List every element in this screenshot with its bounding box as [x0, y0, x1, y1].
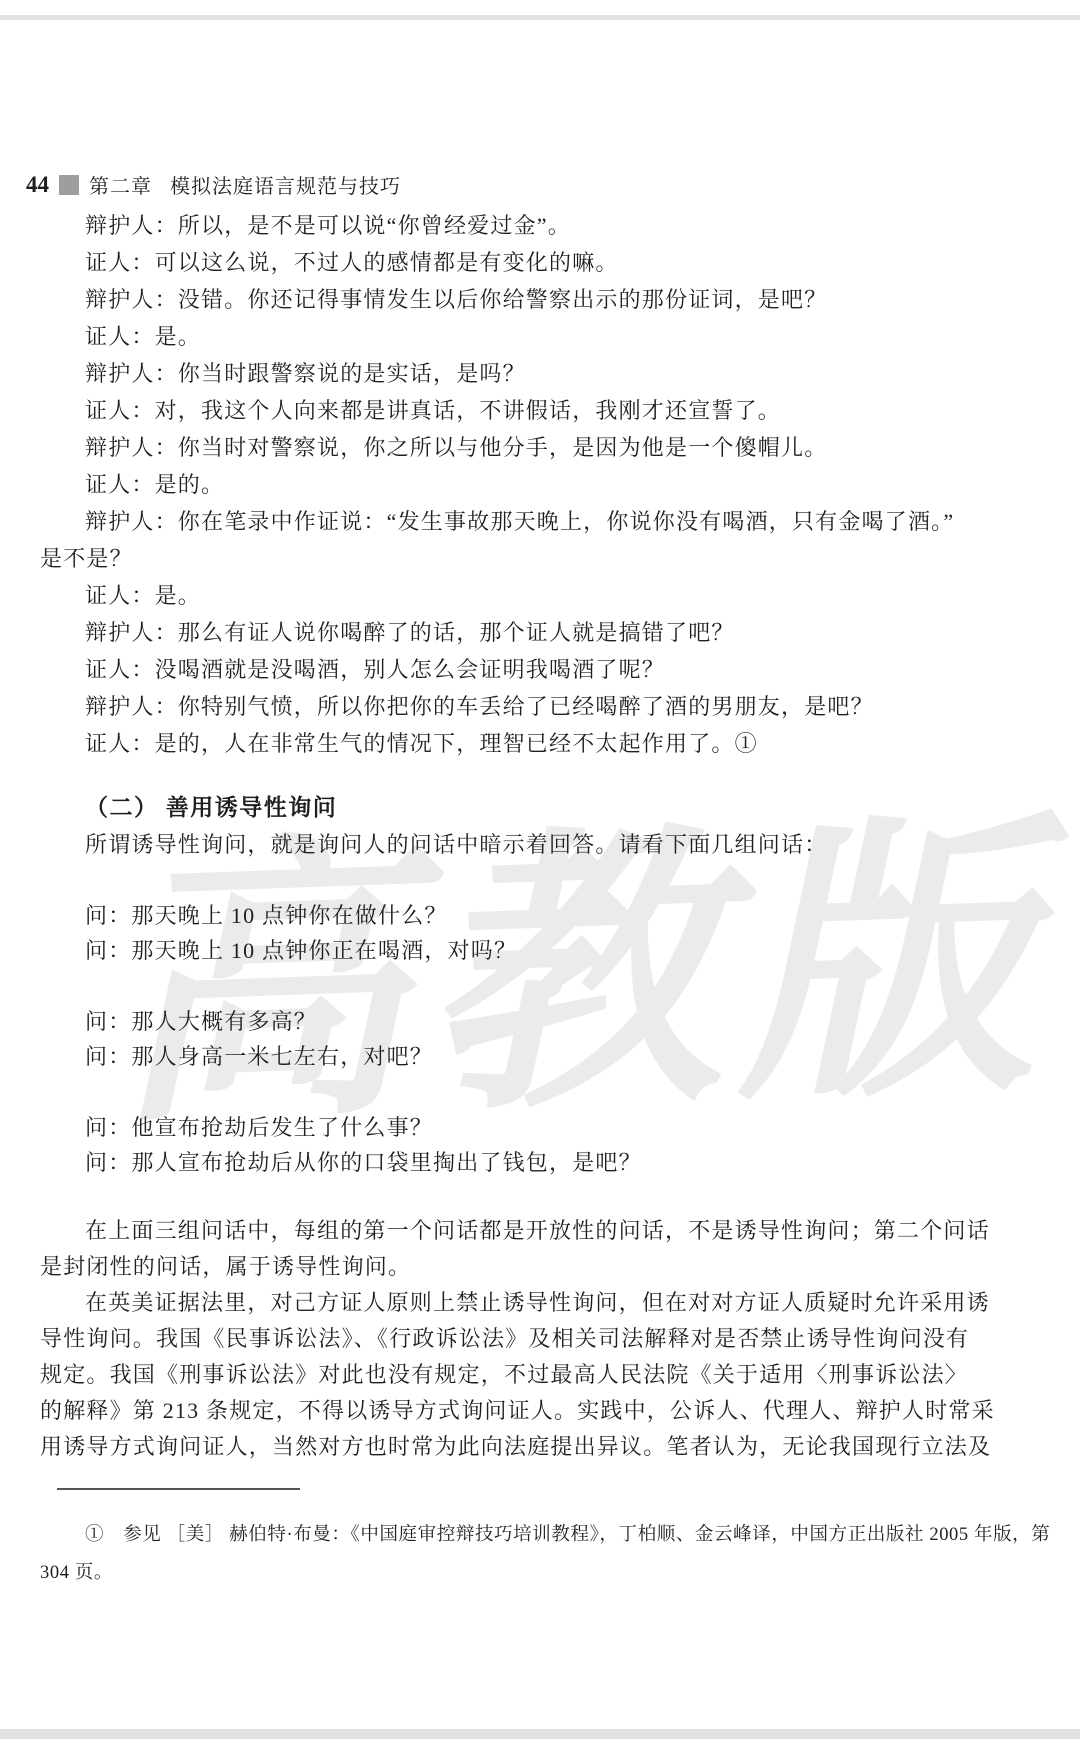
- dialogue-block: 辩护人：所以，是不是可以说“你曾经爱过金”。 证人：可以这么说，不过人的感情都是…: [40, 207, 1040, 762]
- open-question-line: 问：那天晚上 10 点钟你在做什么？: [85, 898, 1040, 933]
- dialogue-line: 证人：没喝酒就是没喝酒，别人怎么会证明我喝酒了呢？: [40, 651, 1040, 688]
- footnote-divider: [57, 1488, 300, 1490]
- dialogue-line: 辩护人：你在笔录中作证说：“发生事故那天晚上，你说你没有喝酒，只有金喝了酒。”: [40, 503, 1040, 540]
- paragraph-line: 导性询问。我国《民事诉讼法》、《行政诉讼法》及相关司法解释对是否禁止诱导性询问没…: [40, 1321, 1040, 1357]
- chapter-label: 第二章: [89, 170, 152, 199]
- paragraph-line: 在英美证据法里，对己方证人原则上禁止诱导性询问，但在对对方证人质疑时允许采用诱: [40, 1285, 1040, 1321]
- paragraph-line: 是封闭性的问话，属于诱导性询问。: [40, 1249, 1040, 1285]
- dialogue-line: 辩护人：所以，是不是可以说“你曾经爱过金”。: [40, 207, 1040, 244]
- open-question-line: 问：那人大概有多高？: [85, 1004, 1040, 1039]
- book-page: 44 第二章 模拟法庭语言规范与技巧 高教版 辩护人：所以，是不是可以说“你曾经…: [0, 0, 1080, 1739]
- dialogue-line-continuation: 是不是？: [40, 540, 1040, 577]
- leading-question-line: 问：那天晚上 10 点钟你正在喝酒，对吗？: [85, 933, 1040, 968]
- dialogue-line: 辩护人：你当时跟警察说的是实话，是吗？: [40, 355, 1040, 392]
- paragraph-line: 在上面三组问话中，每组的第一个问话都是开放性的问话，不是诱导性询问；第二个问话: [40, 1213, 1040, 1249]
- paragraph-line: 用诱导方式询问证人，当然对方也时常为此向法庭提出异议。笔者认为，无论我国现行立法…: [40, 1429, 1040, 1465]
- footnote: ① 参见 ［美］ 赫伯特·布曼：《中国庭审控辩技巧培训教程》，丁柏顺、金云峰译，…: [40, 1516, 1040, 1592]
- dialogue-line: 证人：是的，人在非常生气的情况下，理智已经不太起作用了。①: [40, 725, 1040, 762]
- top-edge-strip: [0, 15, 1080, 20]
- question-group: 问：那天晚上 10 点钟你在做什么？ 问：那天晚上 10 点钟你正在喝酒，对吗？: [40, 898, 1040, 968]
- chapter-marker-icon: [59, 175, 79, 195]
- paragraph-line: 的解释》第 213 条规定，不得以诱导方式询问证人。实践中，公诉人、代理人、辩护…: [40, 1393, 1040, 1429]
- section-intro: 所谓诱导性询问，就是询问人的问话中暗示着回答。请看下面几组问话：: [40, 826, 1040, 863]
- footnote-line: 304 页。: [40, 1554, 1040, 1592]
- question-group: 问：他宣布抢劫后发生了什么事？ 问：那人宣布抢劫后从你的口袋里掏出了钱包，是吧？: [40, 1110, 1040, 1180]
- dialogue-line: 证人：是的。: [40, 466, 1040, 503]
- section-heading: （二） 善用诱导性询问: [40, 789, 1040, 826]
- dialogue-line: 辩护人：没错。你还记得事情发生以后你给警察出示的那份证词，是吧？: [40, 281, 1040, 318]
- body-paragraph: 在上面三组问话中，每组的第一个问话都是开放性的问话，不是诱导性询问；第二个问话 …: [40, 1213, 1040, 1285]
- leading-question-line: 问：那人宣布抢劫后从你的口袋里掏出了钱包，是吧？: [85, 1145, 1040, 1180]
- body-paragraph: 在英美证据法里，对己方证人原则上禁止诱导性询问，但在对对方证人质疑时允许采用诱 …: [40, 1285, 1040, 1465]
- chapter-title: 模拟法庭语言规范与技巧: [170, 170, 401, 199]
- bottom-edge-strip: [0, 1729, 1080, 1739]
- dialogue-line: 证人：对，我这个人向来都是讲真话，不讲假话，我刚才还宣誓了。: [40, 392, 1040, 429]
- page-content: 辩护人：所以，是不是可以说“你曾经爱过金”。 证人：可以这么说，不过人的感情都是…: [40, 205, 1040, 1592]
- leading-question-line: 问：那人身高一米七左右，对吧？: [85, 1039, 1040, 1074]
- dialogue-line: 辩护人：你特别气愤，所以你把你的车丢给了已经喝醉了酒的男朋友，是吧？: [40, 688, 1040, 725]
- dialogue-line: 证人：是。: [40, 318, 1040, 355]
- running-header: 44 第二章 模拟法庭语言规范与技巧: [26, 170, 1040, 199]
- paragraph-line: 规定。我国《刑事诉讼法》对此也没有规定，不过最高人民法院《关于适用〈刑事诉讼法〉: [40, 1357, 1040, 1393]
- footnote-line: ① 参见 ［美］ 赫伯特·布曼：《中国庭审控辩技巧培训教程》，丁柏顺、金云峰译，…: [40, 1516, 1040, 1554]
- dialogue-line: 证人：是。: [40, 577, 1040, 614]
- dialogue-line: 辩护人：你当时对警察说，你之所以与他分手，是因为他是一个傻帽儿。: [40, 429, 1040, 466]
- dialogue-line: 辩护人：那么有证人说你喝醉了的话，那个证人就是搞错了吧？: [40, 614, 1040, 651]
- open-question-line: 问：他宣布抢劫后发生了什么事？: [85, 1110, 1040, 1145]
- page-number: 44: [26, 172, 49, 198]
- question-group: 问：那人大概有多高？ 问：那人身高一米七左右，对吧？: [40, 1004, 1040, 1074]
- dialogue-line: 证人：可以这么说，不过人的感情都是有变化的嘛。: [40, 244, 1040, 281]
